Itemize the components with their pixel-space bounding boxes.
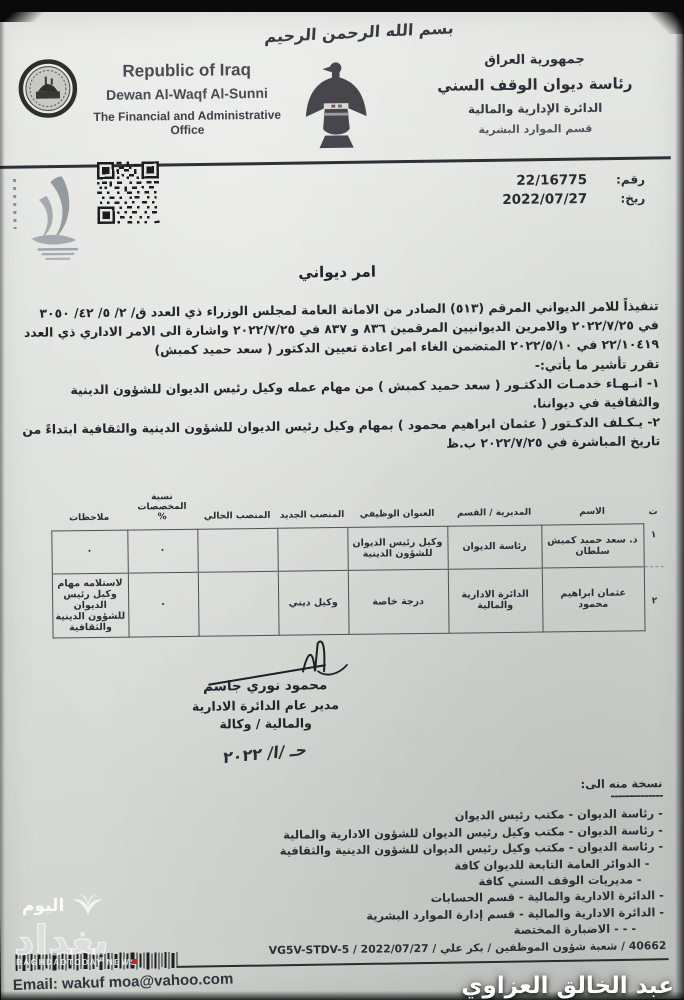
- distribution-item: - - - الاضبارة المختصة: [281, 921, 637, 942]
- reference-block: رقم: 22/16775 ريخ: 2022/07/27: [502, 171, 645, 211]
- col-header-name: الاسم: [541, 486, 643, 525]
- scan-right-edge: [675, 0, 684, 1000]
- header-english: Republic of Iraq Dewan Al-Waqf Al-Sunni …: [82, 60, 293, 139]
- col-header-job-title: العنوان الوظيفي: [347, 489, 447, 528]
- header-english-country: Republic of Iraq: [82, 60, 292, 83]
- ref-date-value: 2022/07/27: [502, 191, 587, 208]
- footer-divider-line: [177, 958, 669, 967]
- col-header-allocation: نسبة المخصصات %: [127, 492, 197, 530]
- waqf-sail-logo-icon: [17, 174, 96, 267]
- scanned-document-page: بسم الله الرحمن الرحيم Republic of Iraq …: [0, 3, 684, 1000]
- col-header-new-position: المنصب الجديد: [277, 490, 347, 528]
- office-seal-icon: [18, 58, 79, 119]
- cell-new-position: وكيل ديني: [278, 570, 349, 635]
- header-arabic-dewan: رئاسة ديوان الوقف السني: [420, 74, 650, 95]
- col-header-seq: ت: [643, 486, 663, 524]
- signer-title-2: والمالية / وكالة: [176, 715, 356, 732]
- body-item-2: ٢- يـكـلف الدكـتور ( عثمان ابراهيم محمود…: [18, 413, 660, 459]
- scan-corner-top-left: [0, 0, 60, 22]
- cell-allocation: ·: [127, 529, 198, 572]
- scan-corner-top-right: [638, 0, 684, 34]
- cell-current-position: [198, 571, 279, 636]
- col-header-directorate: المديرية / القسم: [447, 488, 541, 527]
- iraq-eagle-emblem-icon: [298, 59, 375, 156]
- edge-stamp-marks: [13, 179, 17, 229]
- cell-job-title: وكيل رئيس الديوان للشؤون الدينية: [347, 526, 448, 570]
- footer-reference-line: 40662 / شعبة شؤون الموظفين / بكر علي / V…: [182, 939, 666, 958]
- handwritten-date: حـ /ا/ ٢٠٢٢: [190, 736, 341, 770]
- header-arabic-department: الدائرة الإدارية والمالية: [420, 100, 650, 117]
- body-item-1: ١- انـهـاء خدمـات الدكتـور ( سعد حميد كم…: [17, 374, 659, 420]
- distribution-list: نسخة منه الى: -------------- - رئاسة الد…: [279, 775, 664, 941]
- header-arabic: جمهورية العراق رئاسة ديوان الوقف السني ا…: [419, 51, 650, 137]
- cell-seq: ١: [643, 524, 664, 567]
- cell-job-title: درجة خاصة: [348, 569, 449, 635]
- cell-directorate: رئاسة الديوان: [447, 525, 542, 569]
- signature-block: محمود نوري جاسم مدير عام الدائرة الاداري…: [175, 677, 356, 732]
- ref-date-label: ريخ:: [609, 191, 645, 205]
- cell-name: عثمان ابراهيم محمود: [542, 566, 645, 632]
- ref-number-label: رقم:: [609, 172, 645, 186]
- signer-name: محمود نوري جاسم: [175, 677, 355, 695]
- body-paragraph: تنفيذاً للامر الديواني المرقم (٥١٣) الصا…: [17, 297, 660, 361]
- table-row: ٢ عثمان ابراهيم محمود الدائرة الادارية و…: [52, 566, 665, 638]
- bismillah-calligraphy: بسم الله الرحمن الرحيم: [244, 17, 475, 47]
- cell-allocation: ·: [128, 572, 199, 637]
- col-header-current-position: المنصب الحالي: [197, 491, 277, 529]
- barcode-icon: [15, 950, 177, 973]
- qr-code-icon: [97, 161, 160, 224]
- col-header-notes: ملاحظات: [51, 493, 127, 531]
- table-row: ١ د. سعد حميد كمبش سلطان رئاسة الديوان و…: [51, 524, 663, 574]
- scan-top-edge: [0, 0, 684, 12]
- header-arabic-section: قسم الموارد البشرية: [420, 121, 650, 137]
- document-title: امر ديواني: [242, 262, 432, 282]
- cell-directorate: الدائرة الادارية والمالية: [448, 568, 543, 634]
- photo-caption-name: عبد الخالق العزاوي: [461, 973, 674, 999]
- cell-notes: ·: [51, 530, 128, 573]
- signer-title-1: مدير عام الدائرة الادارية: [175, 697, 355, 714]
- cell-notes: لاستلامه مهام وكيل رئيس الديوان للشؤون ا…: [52, 573, 129, 638]
- cell-seq: ٢: [644, 566, 665, 631]
- cell-name: د. سعد حميد كمبش سلطان: [541, 524, 644, 568]
- ref-number-value: 22/16775: [516, 172, 587, 189]
- document-body: تنفيذاً للامر الديواني المرقم (٥١٣) الصا…: [17, 297, 661, 460]
- header-arabic-country: جمهورية العراق: [419, 51, 649, 69]
- scan-left-edge: [0, 0, 5, 1000]
- cell-new-position: [277, 527, 348, 570]
- assignment-table: ت الاسم المديرية / القسم العنوان الوظيفي…: [51, 486, 665, 638]
- header-english-dewan: Dewan Al-Waqf Al-Sunni: [82, 85, 292, 104]
- header-english-office: The Financial and Administrative Office: [82, 108, 292, 139]
- cell-current-position: [197, 528, 278, 571]
